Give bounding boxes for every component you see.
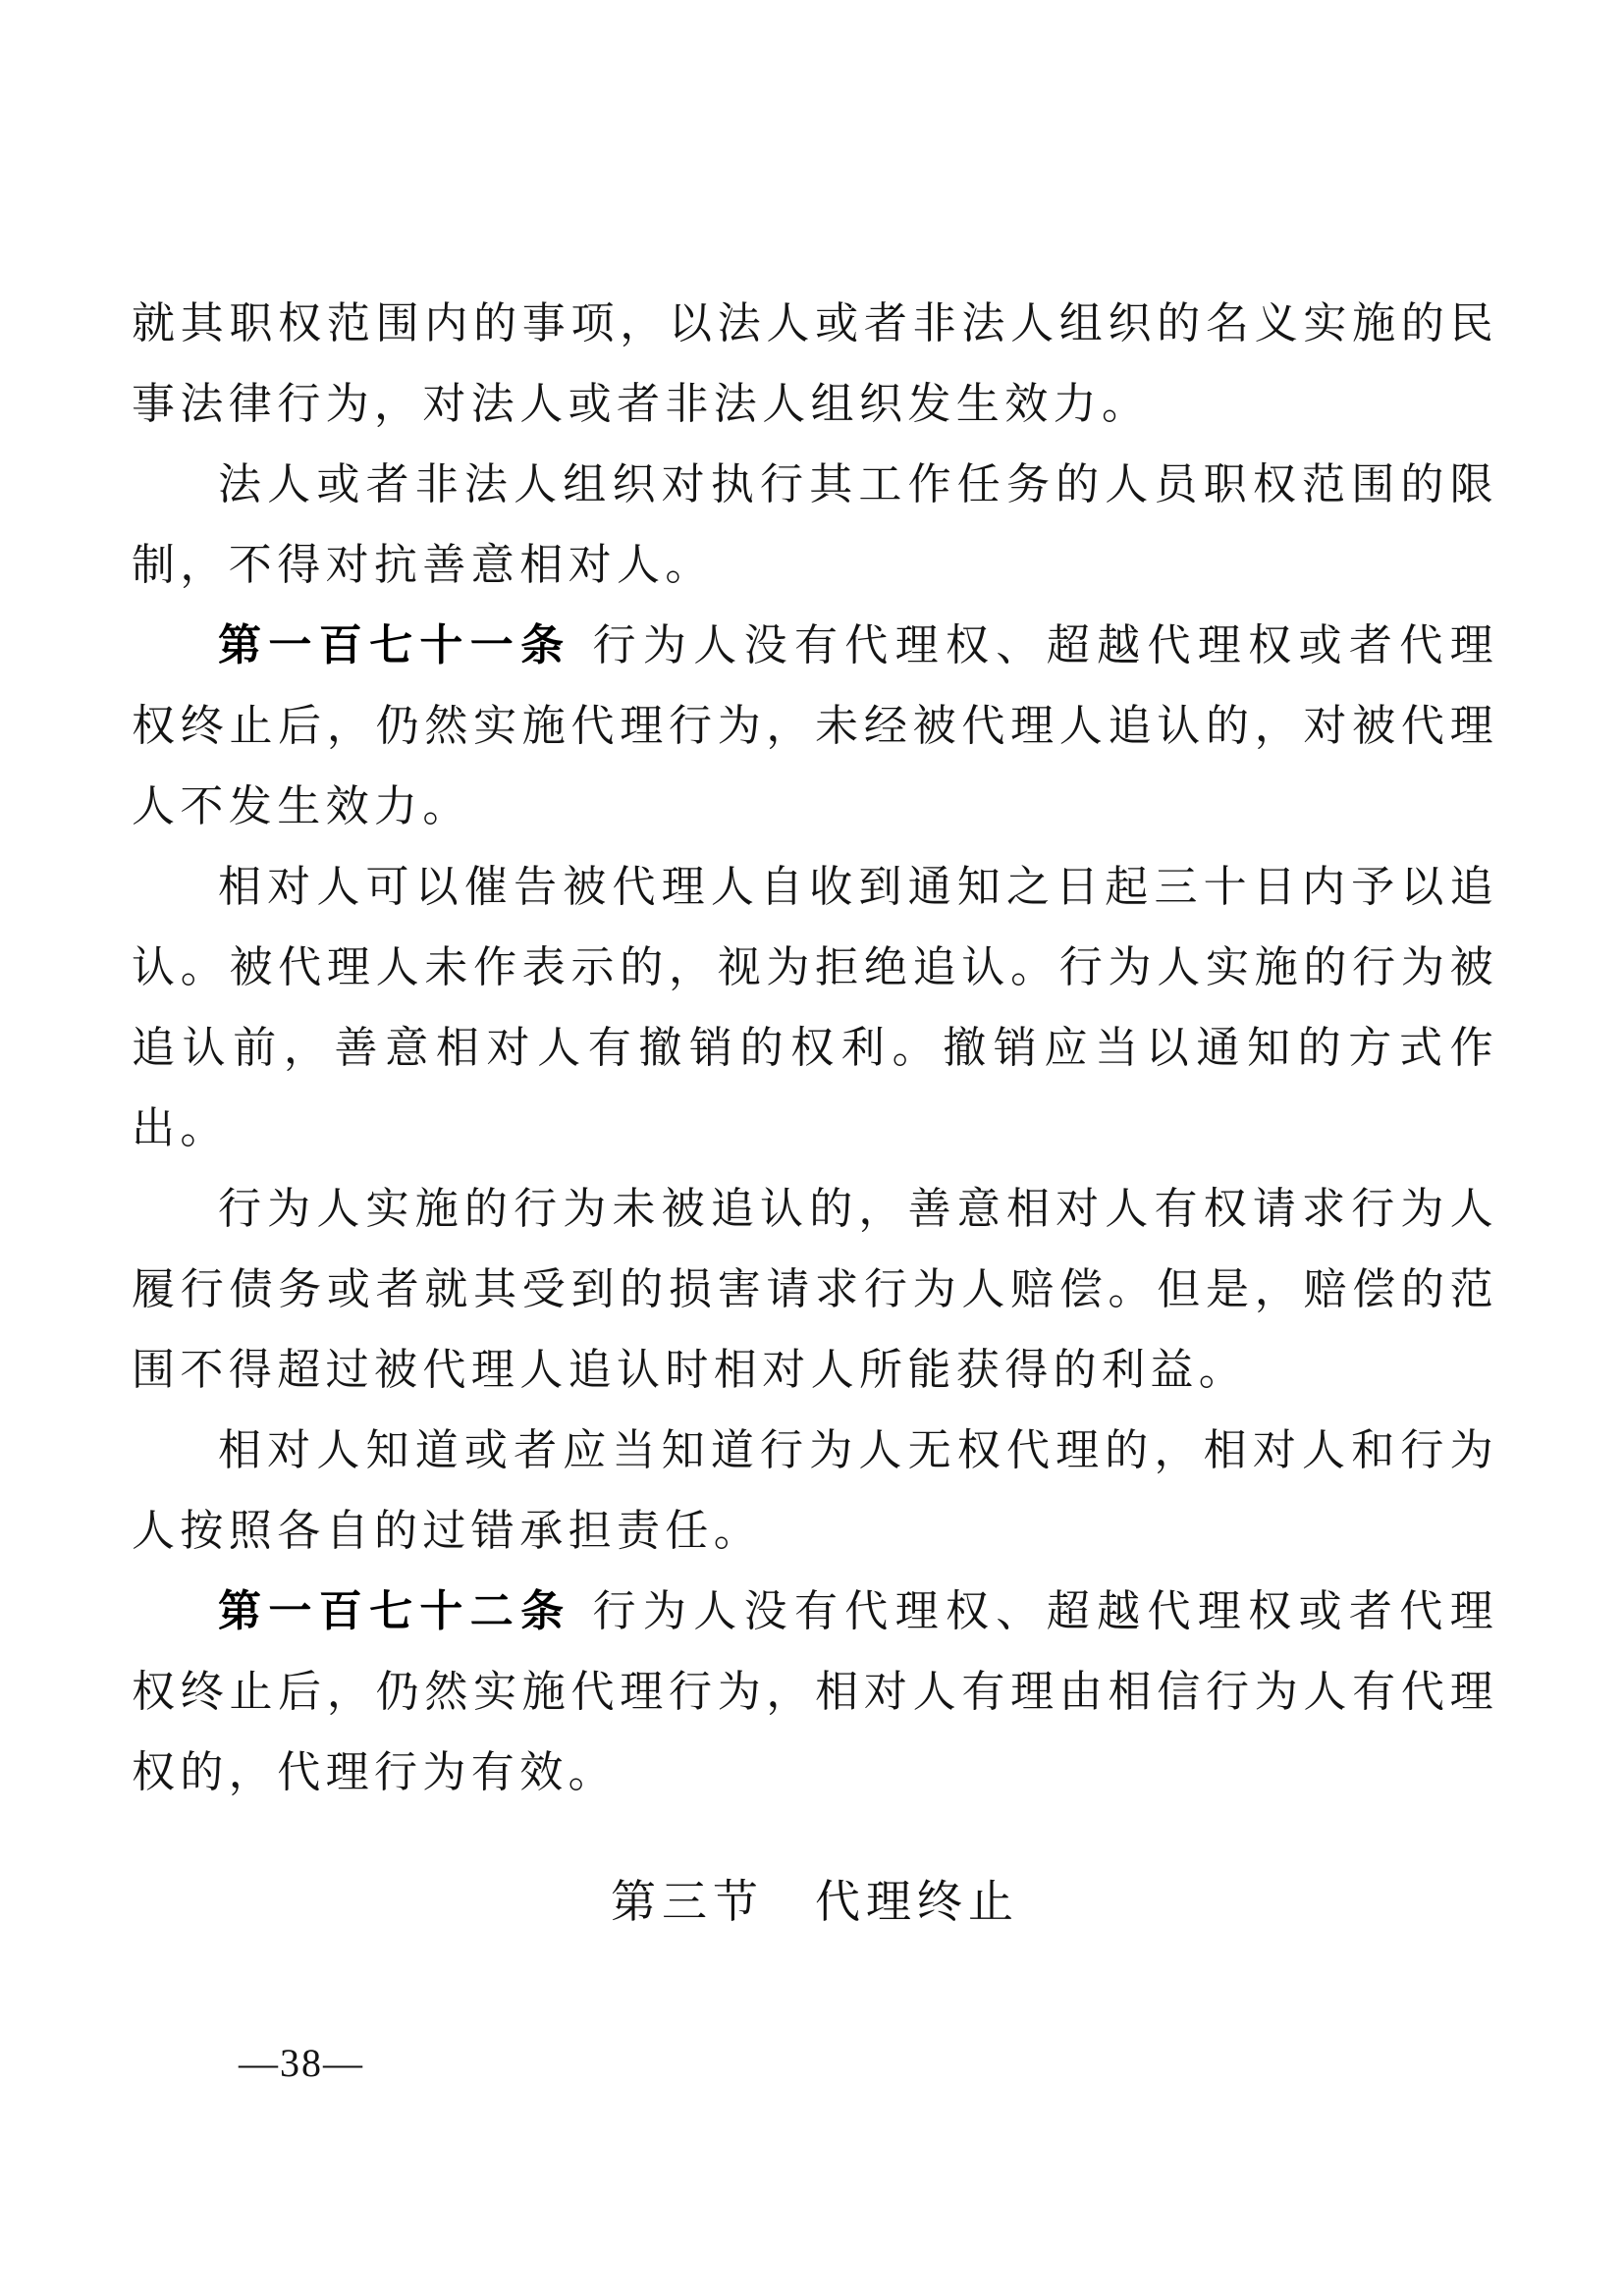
article-number: 第一百七十一条 (218, 621, 571, 669)
paragraph-text: 法人或者非法人组织对执行其工作任务的人员职权范围的限制，不得对抗善意相对人。 (132, 460, 1498, 589)
paragraph-text: 就其职权范围内的事项，以法人或者非法人组织的名义实施的民事法律行为，对法人或者非… (132, 299, 1498, 428)
article-number: 第一百七十二条 (218, 1587, 571, 1635)
document-body: 就其职权范围内的事项，以法人或者非法人组织的名义实施的民事法律行为，对法人或者非… (132, 284, 1498, 1943)
paragraph: 第一百七十一条行为人没有代理权、超越代理权或者代理权终止后，仍然实施代理行为，未… (132, 606, 1498, 847)
paragraph: 法人或者非法人组织对执行其工作任务的人员职权范围的限制，不得对抗善意相对人。 (132, 445, 1498, 606)
paragraph: 相对人知道或者应当知道行为人无权代理的，相对人和行为人按照各自的过错承担责任。 (132, 1411, 1498, 1572)
document-page: 就其职权范围内的事项，以法人或者非法人组织的名义实施的民事法律行为，对法人或者非… (0, 0, 1624, 2296)
paragraph: 就其职权范围内的事项，以法人或者非法人组织的名义实施的民事法律行为，对法人或者非… (132, 284, 1498, 445)
paragraph-text: 相对人知道或者应当知道行为人无权代理的，相对人和行为人按照各自的过错承担责任。 (132, 1426, 1498, 1555)
section-heading: 第三节 代理终止 (132, 1862, 1498, 1943)
paragraph: 行为人实施的行为未被追认的，善意相对人有权请求行为人履行债务或者就其受到的损害请… (132, 1169, 1498, 1411)
paragraph: 第一百七十二条行为人没有代理权、超越代理权或者代理权终止后，仍然实施代理行为，相… (132, 1572, 1498, 1813)
paragraph: 相对人可以催告被代理人自收到通知之日起三十日内予以追认。被代理人未作表示的，视为… (132, 847, 1498, 1169)
paragraph-text: 行为人实施的行为未被追认的，善意相对人有权请求行为人履行债务或者就其受到的损害请… (132, 1185, 1498, 1394)
paragraph-text: 相对人可以催告被代理人自收到通知之日起三十日内予以追认。被代理人未作表示的，视为… (132, 863, 1498, 1152)
page-number: —38— (239, 2040, 364, 2087)
